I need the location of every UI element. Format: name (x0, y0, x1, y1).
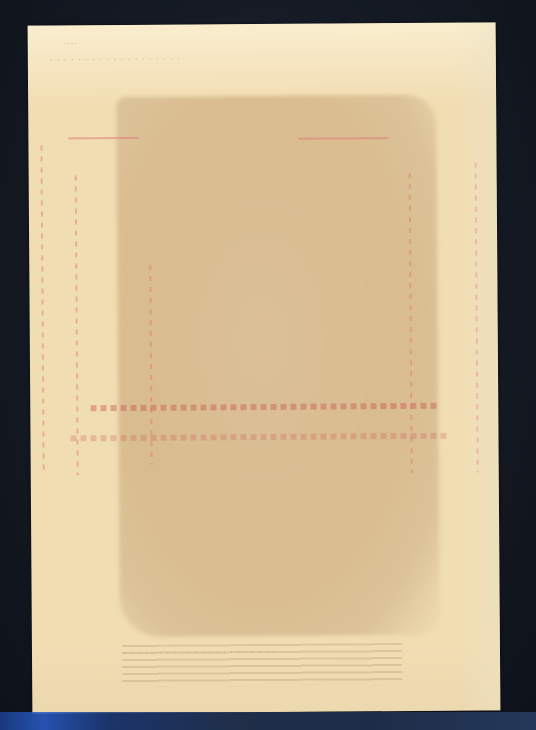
top-faint-line: · · · · · · · · · · · · · · · · · · · (50, 55, 181, 65)
paper-stain (116, 95, 440, 637)
red-bleed-column (75, 175, 79, 475)
red-bleed-column (40, 146, 44, 476)
paper-right-edge (456, 22, 501, 710)
top-faint-mark: ···· (64, 39, 78, 48)
bottom-blue-strip (0, 712, 536, 730)
paper-sheet: ···· · · · · · · · · · · · · · · · · · ·… (28, 22, 501, 713)
bottom-faint-text: · · · · · · · · · · · · · · · · · · · · … (124, 648, 276, 658)
